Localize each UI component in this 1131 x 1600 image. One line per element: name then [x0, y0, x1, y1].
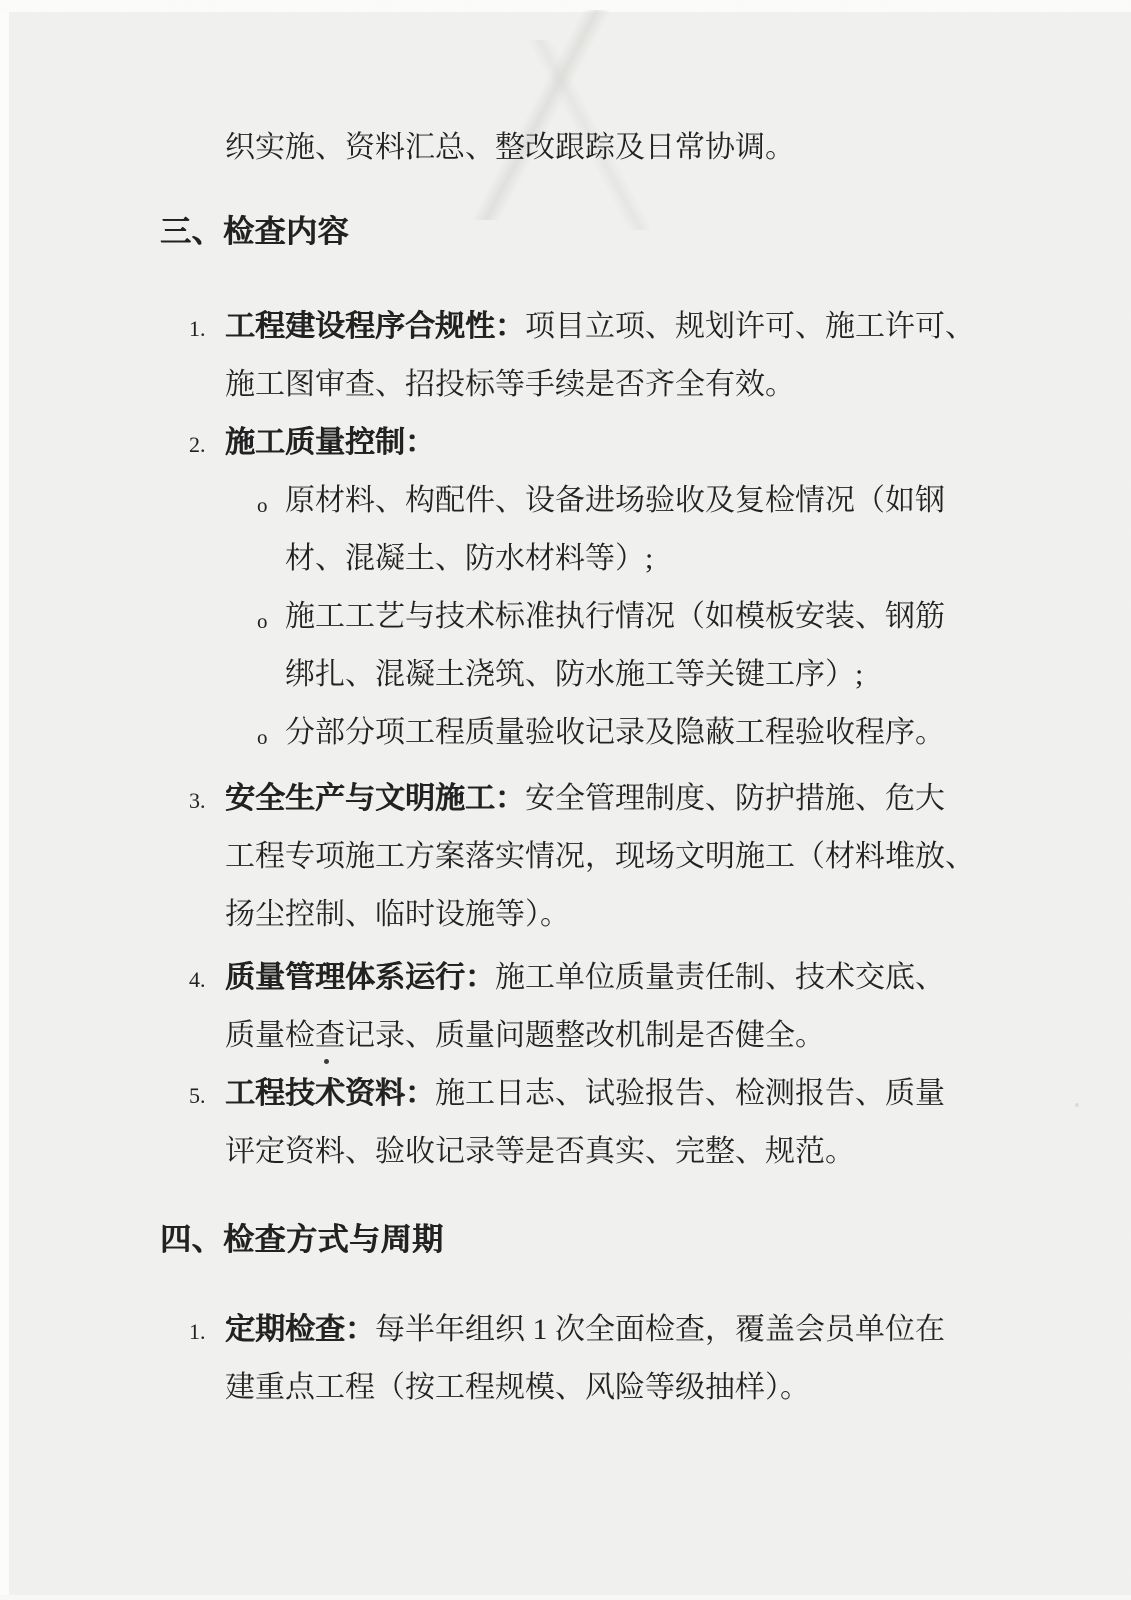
list-item-text: 每半年组织 1 次全面检查，覆盖会员单位在	[375, 1313, 945, 1346]
list-item-continuation: 评定资料、验收记录等是否真实、完整、规范。	[225, 1123, 1131, 1181]
list-item-continuation: 施工图审查、招投标等手续是否齐全有效。	[225, 356, 1131, 414]
sub-item-text: 原材料、构配件、设备进场验收及复检情况（如钢	[285, 484, 945, 517]
list-item-number: 2.	[189, 416, 206, 474]
sub-bullet-marker: o	[257, 476, 268, 534]
list-item-continuation: 质量检查记录、质量问题整改机制是否健全。	[225, 1007, 1131, 1065]
sub-list-item-continuation: 绑扎、混凝土浇筑、防水施工等关键工序）;	[225, 646, 1131, 704]
document-body: 织实施、资料汇总、整改跟踪及日常协调。 三、检查内容 1. 工程建设程序合规性：…	[0, 0, 1131, 1600]
list-item: 1. 工程建设程序合规性：项目立项、规划许可、施工许可、	[225, 298, 1131, 356]
list-item: 4. 质量管理体系运行：施工单位质量责任制、技术交底、	[225, 949, 1131, 1007]
list-item-lead: 安全生产与文明施工：	[225, 782, 525, 815]
list-item-lead: 施工质量控制：	[225, 426, 435, 459]
sub-item-text: 施工工艺与技术标准执行情况（如模板安装、钢筋	[285, 600, 945, 633]
scan-speck	[1075, 1103, 1079, 1107]
sub-list-item-continuation: 材、混凝土、防水材料等）;	[225, 530, 1131, 588]
list-item-lead: 工程技术资料：	[225, 1077, 435, 1110]
sub-bullet-marker: o	[257, 592, 268, 650]
sub-bullet-marker: o	[257, 708, 268, 766]
sub-list-item: o 原材料、构配件、设备进场验收及复检情况（如钢	[225, 472, 1131, 530]
sub-list-item: o 施工工艺与技术标准执行情况（如模板安装、钢筋	[225, 588, 1131, 646]
list-item-text: 施工日志、试验报告、检测报告、质量	[435, 1077, 945, 1110]
paragraph-continuation-line: 织实施、资料汇总、整改跟踪及日常协调。	[225, 119, 1131, 177]
list-item-continuation: 建重点工程（按工程规模、风险等级抽样）。	[225, 1359, 1131, 1417]
list-item: 2. 施工质量控制：	[225, 414, 1131, 472]
list-item-text: 施工单位质量责任制、技术交底、	[495, 961, 945, 994]
list-item-text: 安全管理制度、防护措施、危大	[525, 782, 945, 815]
list-item-lead: 质量管理体系运行：	[225, 961, 495, 994]
list-item: 5. 工程技术资料：施工日志、试验报告、检测报告、质量	[225, 1065, 1131, 1123]
list-item-continuation: 工程专项施工方案落实情况，现场文明施工（材料堆放、	[225, 828, 1131, 886]
scanned-document-page: 织实施、资料汇总、整改跟踪及日常协调。 三、检查内容 1. 工程建设程序合规性：…	[0, 0, 1131, 1600]
sub-list-item: o 分部分项工程质量验收记录及隐蔽工程验收程序。	[225, 704, 1131, 762]
sub-item-text: 分部分项工程质量验收记录及隐蔽工程验收程序。	[285, 716, 945, 749]
list-item: 3. 安全生产与文明施工：安全管理制度、防护措施、危大	[225, 770, 1131, 828]
list-item-lead: 工程建设程序合规性：	[225, 310, 525, 343]
section-heading-four: 四、检查方式与周期	[160, 1211, 1131, 1269]
list-item: 1. 定期检查：每半年组织 1 次全面检查，覆盖会员单位在	[225, 1301, 1131, 1359]
list-item-number: 5.	[189, 1067, 206, 1125]
list-item-continuation: 扬尘控制、临时设施等）。	[225, 886, 1131, 944]
list-item-number: 1.	[189, 300, 206, 358]
scan-speck	[324, 1059, 329, 1064]
section-heading-three: 三、检查内容	[160, 203, 1131, 261]
list-item-number: 3.	[189, 772, 206, 830]
list-item-text: 项目立项、规划许可、施工许可、	[525, 310, 975, 343]
list-item-lead: 定期检查：	[225, 1313, 375, 1346]
list-item-number: 1.	[189, 1303, 206, 1361]
list-item-number: 4.	[189, 951, 206, 1009]
